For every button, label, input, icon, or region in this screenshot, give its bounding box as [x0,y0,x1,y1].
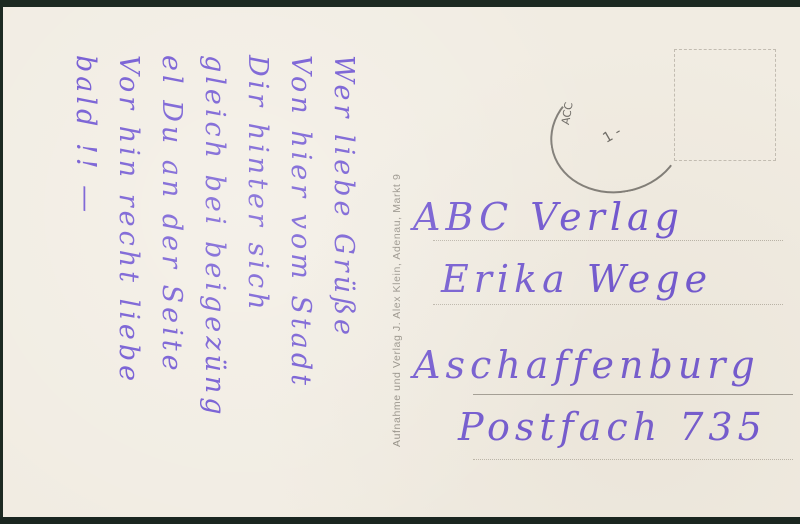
message-line: Wer liebe Grüße [322,55,365,495]
address-rule [433,304,783,306]
address-rule [473,394,793,396]
message-line: bald !! — [64,55,107,495]
address-line-4: Postfach 735 [458,405,767,449]
handwritten-message: Wer liebe Grüße Von hier vom Stadt Dir h… [64,55,365,495]
message-line: Von hier vom Stadt [279,55,322,495]
publisher-imprint: Aufnahme und Verlag J. Alex Klein, Adena… [391,174,403,447]
address-rule [473,459,793,461]
message-line: gleich bei beigezüng [193,55,236,495]
scan-border [0,517,800,524]
stamp-placeholder-box [674,49,776,161]
message-line: Vor hin recht liebe [107,55,150,495]
message-line: Dir hinter sich [236,55,279,495]
address-line-1: ABC Verlag [413,195,684,239]
address-line-2: Erika Wege [441,257,712,301]
postcard-back: ACC 1 - Aufnahme und Verlag J. Alex Klei… [3,7,800,517]
address-line-3: Aschaffenburg [413,343,760,387]
message-line: el Du an der Seite [150,55,193,495]
address-rule [433,240,783,242]
